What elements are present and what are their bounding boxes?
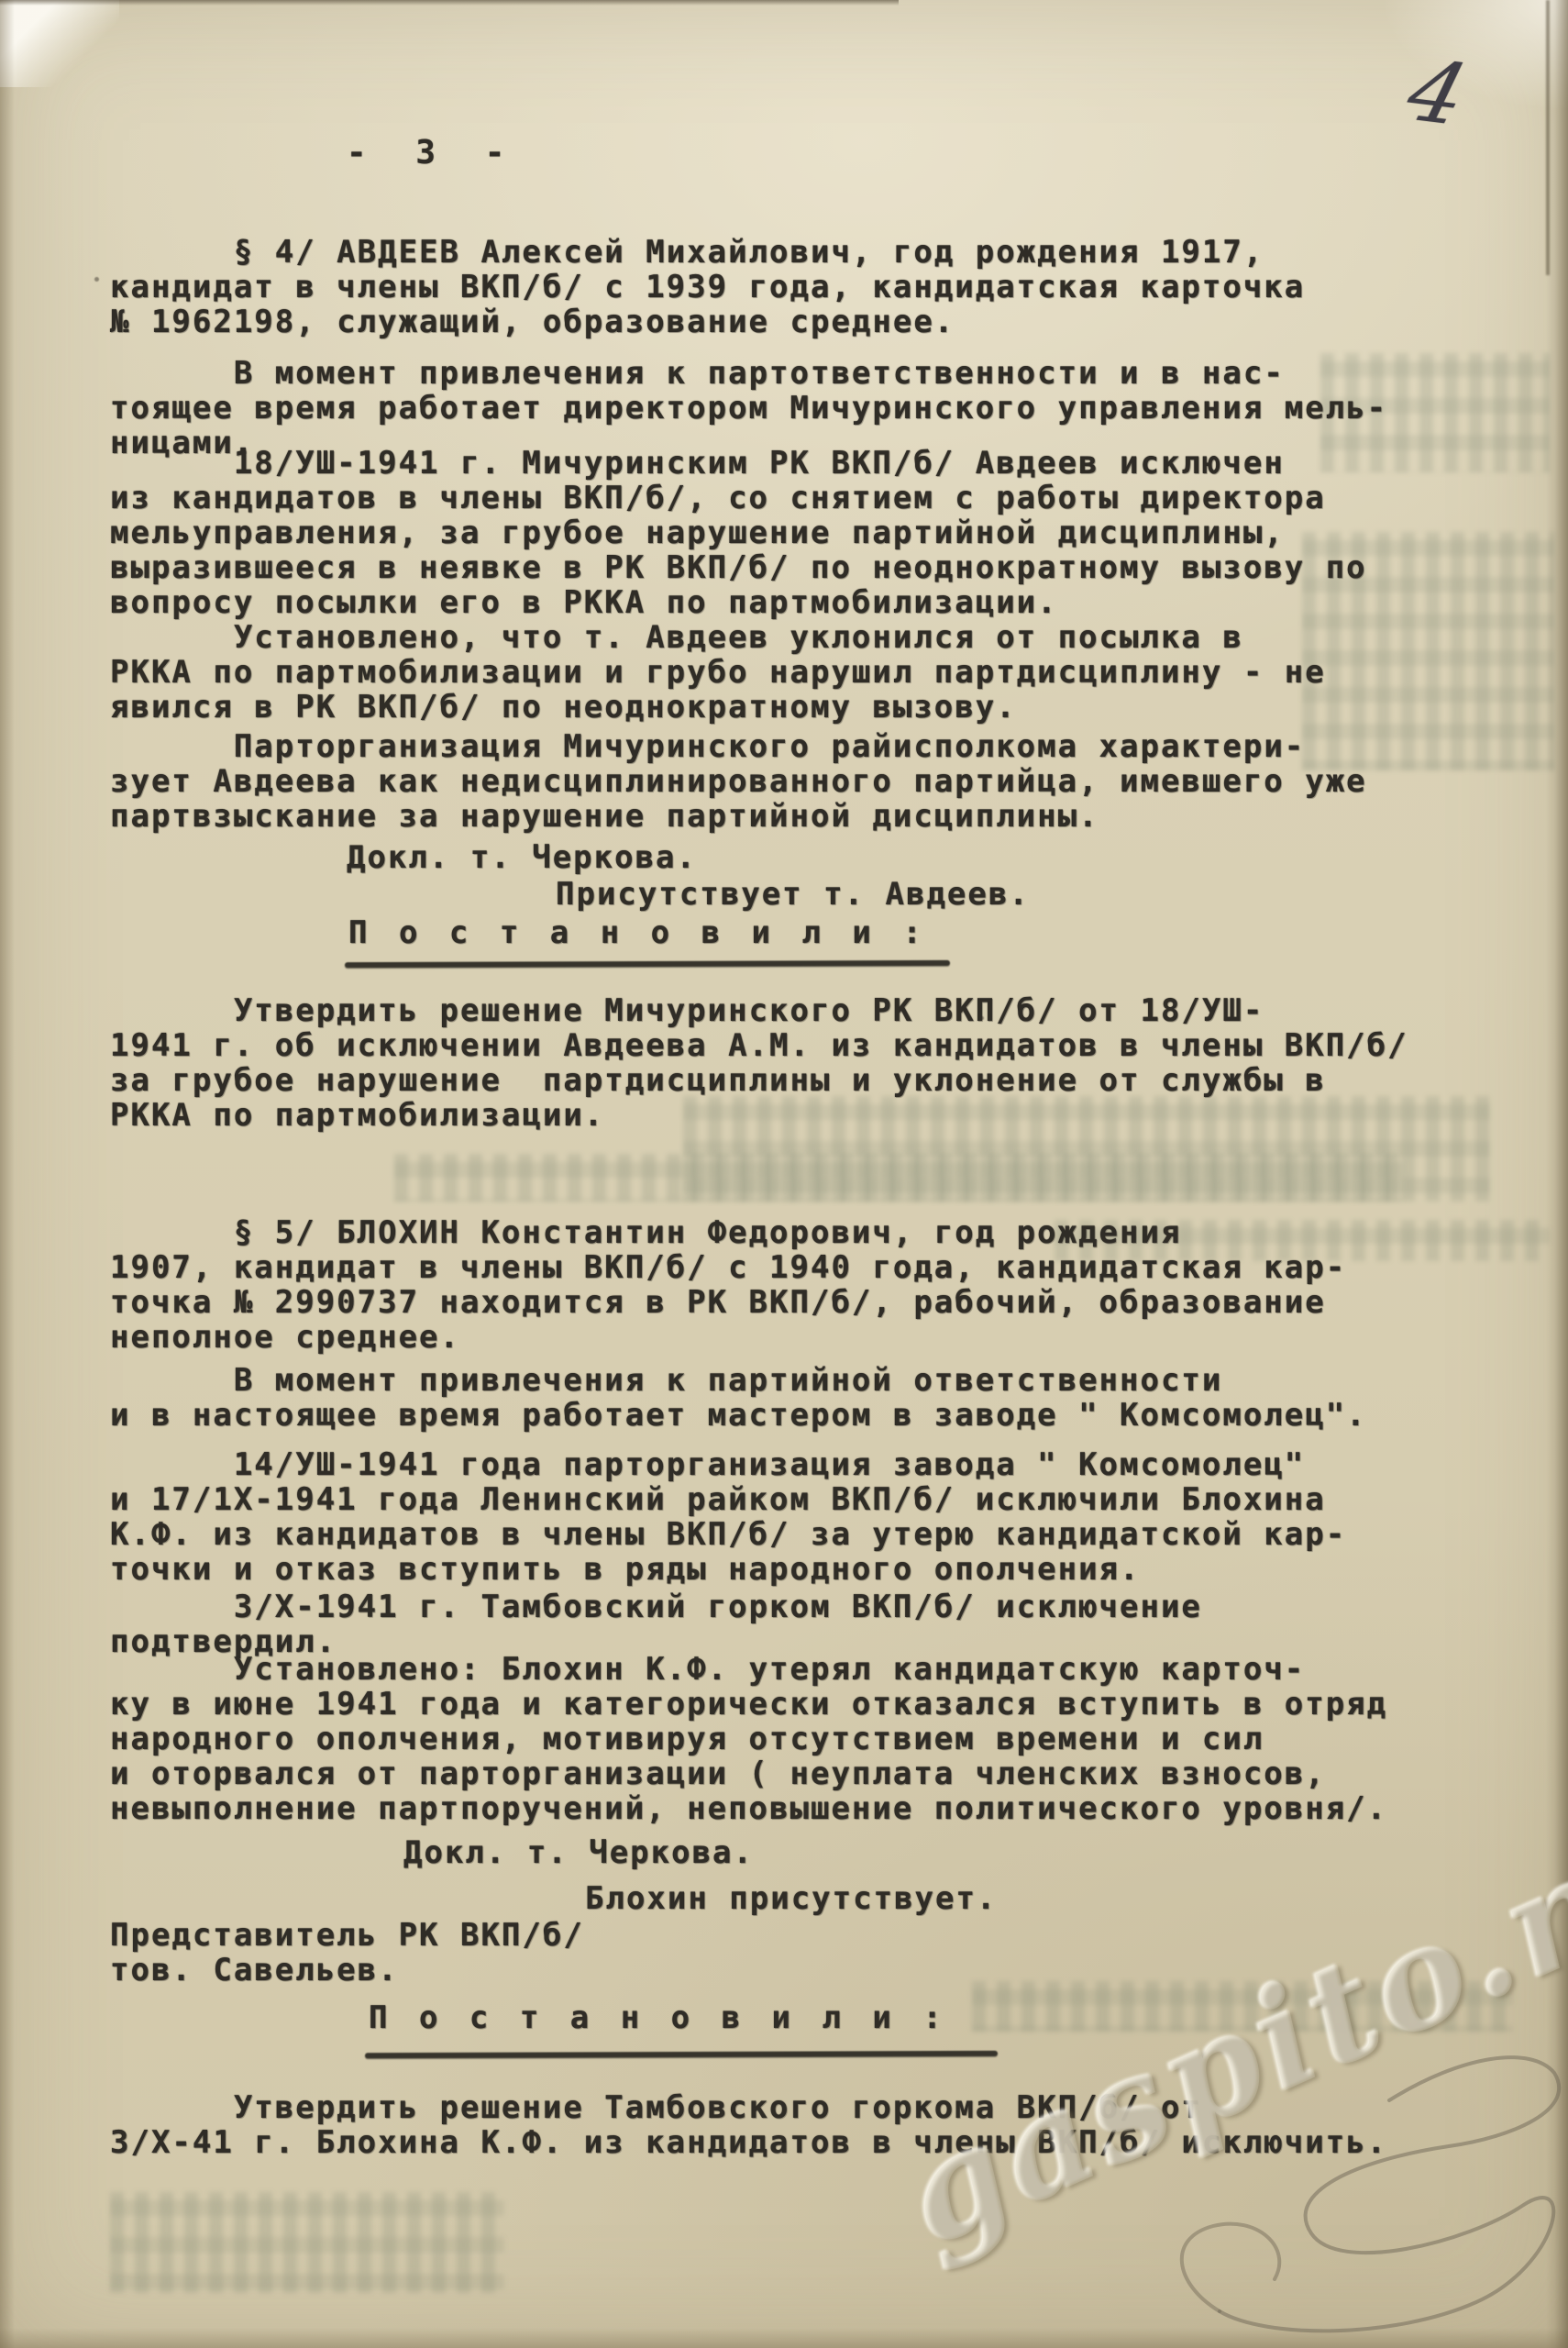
resolution-heading: П о с т а н о в и л и : [348, 915, 928, 950]
paragraph-blokhin-position: В момент привлечения к партийной ответст… [110, 1363, 1504, 1433]
paragraph-avdeev-resolution: Утвердить решение Мичуринского РК ВКП/б/… [110, 993, 1504, 1133]
page-edge-shadow [0, 0, 899, 6]
paragraph-blokhin-exclusion: 14/УШ-1941 года парторганизация завода "… [110, 1447, 1504, 1587]
paragraph-avdeev-characterization: Парторганизация Мичуринского райисполком… [110, 729, 1504, 834]
page-number: - 3 - [347, 134, 519, 172]
speaker-line: Докл. т. Черкова. [403, 1835, 754, 1870]
paragraph-avdeev-findings: Установлено, что т. Авдеев уклонился от … [110, 620, 1504, 725]
resolution-heading: П о с т а н о в и л и : [369, 2000, 948, 2035]
page-edge-line [1546, 0, 1550, 275]
paragraph-blokhin-findings: Установлено: Блохин К.Ф. утерял кандидат… [110, 1652, 1504, 1826]
scan-corner-highlight [0, 0, 119, 87]
paragraph-avdeev-intro: § 4/ АВДЕЕВ Алексей Михайлович, год рожд… [110, 235, 1504, 339]
paragraph-blokhin-confirmation: 3/Х-1941 г. Тамбовский горком ВКП/б/ иск… [110, 1589, 1504, 1659]
speaker-line: Докл. т. Черкова. [347, 840, 697, 875]
paper-speck [94, 277, 99, 282]
paragraph-blokhin-intro: § 5/ БЛОХИН Константин Федорович, год ро… [110, 1215, 1504, 1355]
page-edge-shadow [0, 0, 15, 2348]
paragraph-avdeev-exclusion: 18/УШ-1941 г. Мичуринским РК ВКП/б/ Авде… [110, 446, 1504, 620]
presence-line: Блохин присутствует. [585, 1881, 997, 1916]
presence-line: Присутствует т. Авдеев. [556, 877, 1030, 912]
representative-lines: Представитель РК ВКП/б/ тов. Савельев. [110, 1918, 660, 1988]
resolution-underline [365, 2051, 998, 2058]
resolution-underline [345, 960, 950, 968]
bleed-through-smudge [394, 1154, 1403, 1202]
bleed-through-smudge [110, 2192, 504, 2293]
scanned-document-page: - 3 - 4 § 4/ АВДЕЕВ Алексей Михайлович, … [0, 0, 1568, 2348]
